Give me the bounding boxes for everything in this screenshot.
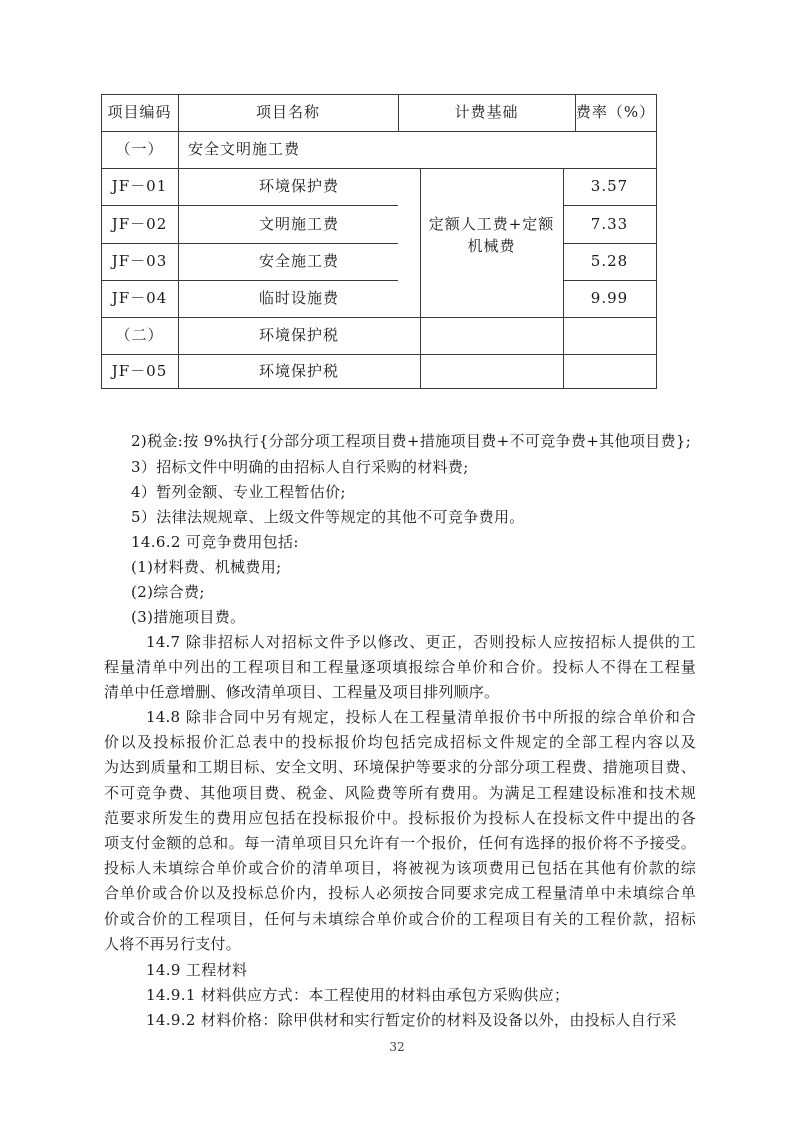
paragraph-line: 为达到质量和工期目标、安全文明、环境保护等要求的分部分项工程费、措施项目费、 [104, 755, 696, 780]
paragraph-line: 范要求所发生的费用应包括在投标报价中。投标报价为投标人在投标文件中提出的各 [104, 806, 696, 831]
row-rate: 9.99 [563, 280, 656, 317]
section-name: 环境保护税 [178, 317, 420, 354]
section-14-9-2: 14.9.2 材料价格：除甲供材和实行暂定价的材料及设备以外，由投标人自行采 [146, 1008, 736, 1033]
list-item: 3）招标文件中明确的由招标人自行采购的材料费; [131, 455, 721, 480]
paragraph-line: 14.8 除非合同中另有规定，投标人在工程量清单报价书中所报的综合单价和合 [104, 705, 696, 730]
section-14-9-title: 14.9 工程材料 [146, 958, 736, 983]
table-border-bottom [101, 388, 657, 389]
section-name: 安全文明施工费 [178, 131, 656, 168]
list-item: 14.6.2 可竞争费用包括: [131, 530, 721, 555]
list-item: 2)税金:按 9%执行{分部分项工程项目费+措施项目费+不可竞争费+其他项目费}… [131, 429, 721, 454]
row-code: JF－03 [101, 243, 178, 280]
paragraph-line: 程量清单中列出的工程项目和工程量逐项填报综合单价和合价。投标人不得在工程量 [104, 655, 696, 680]
row-name: 临时设施费 [178, 280, 420, 317]
header-basis: 计费基础 [398, 94, 575, 131]
list-item: (3)措施项目费。 [131, 605, 721, 630]
row-rate: 3.57 [563, 168, 656, 205]
row-name: 文明施工费 [178, 205, 420, 243]
paragraph-14-7: 14.7 除非招标人对招标文件予以修改、更正，否则投标人应按招标人提供的工 程量… [104, 630, 696, 706]
row-code: JF－01 [101, 168, 178, 205]
list-item: 5）法律法规规章、上级文件等规定的其他不可竞争费用。 [131, 505, 721, 530]
paragraph-line: 合单价或合价以及投标总价内，投标人必须按合同要求完成工程量清单中未填综合单 [104, 881, 696, 906]
paragraph-line: 价或合价的工程项目，任何与未填综合单价或合价的工程项目有关的工程价款，招标 [104, 907, 696, 932]
paragraph-line: 人将不再另行支付。 [104, 932, 696, 957]
paragraph-line: 14.7 除非招标人对招标文件予以修改、更正，否则投标人应按招标人提供的工 [104, 630, 696, 655]
paragraph-line: 项支付金额的总和。每一清单项目只允许有一个报价，任何有选择的报价将不予接受。 [104, 831, 696, 856]
paragraph-14-8: 14.8 除非合同中另有规定，投标人在工程量清单报价书中所报的综合单价和合 价以… [104, 705, 696, 957]
merged-basis-line2: 机械费 [467, 235, 515, 257]
merged-basis-line1: 定额人工费+定额 [429, 213, 555, 235]
row-name: 安全施工费 [178, 243, 420, 280]
header-rate: 费率（%） [575, 94, 656, 131]
row-rate: 5.28 [563, 243, 656, 280]
paragraph-line: 价以及投标报价汇总表中的投标报价均包括完成招标文件规定的全部工程内容以及 [104, 730, 696, 755]
row-rate: 7.33 [563, 205, 656, 243]
header-name: 项目名称 [178, 94, 398, 131]
section-code: （二） [101, 317, 178, 354]
paragraph-line: 投标人未填综合单价或合价的清单项目，将被视为该项费用已包括在其他有价款的综 [104, 856, 696, 881]
section-14-9-1: 14.9.1 材料供应方式：本工程使用的材料由承包方采购供应； [146, 983, 736, 1008]
section-code: （一） [101, 131, 178, 168]
paragraph-line: 不可竞争费、其他项目费、税金、风险费等所有费用。为满足工程建设标准和技术规 [104, 781, 696, 806]
row-code: JF－05 [101, 354, 178, 388]
list-item: (1)材料费、机械费用; [131, 555, 721, 580]
paragraph-line: 清单中任意增删、修改清单项目、工程量及项目排列顺序。 [104, 680, 696, 705]
row-name: 环境保护税 [178, 354, 420, 388]
table-col-rule [420, 168, 421, 389]
merged-basis-cell: 定额人工费+定额 机械费 [420, 205, 563, 265]
page-number: 32 [0, 1040, 794, 1054]
row-name: 环境保护费 [178, 168, 420, 205]
header-code: 项目编码 [101, 94, 178, 131]
row-code: JF－02 [101, 205, 178, 243]
list-item: 4）暂列金额、专业工程暂估价; [131, 480, 721, 505]
row-code: JF－04 [101, 280, 178, 317]
table-border-right [656, 94, 657, 389]
list-item: (2)综合费; [131, 580, 721, 605]
